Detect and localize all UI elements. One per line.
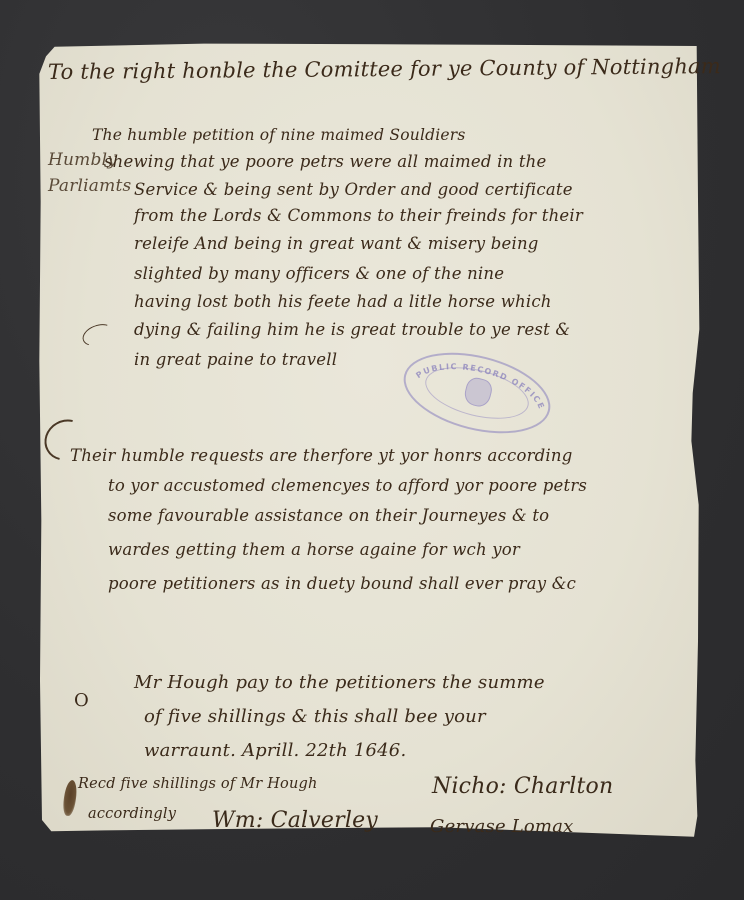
margin-mark: O <box>74 690 89 711</box>
body-line-3: from the Lords & Commons to their freind… <box>134 206 583 225</box>
request-line-1: Their humble requests are therfore yt yo… <box>70 446 573 465</box>
order-line-3: warraunt. Aprill. 22th 1646. <box>144 740 406 761</box>
request-line-5: poore petitioners as in duety bound shal… <box>108 574 576 593</box>
body-line-6: having lost both his feete had a litle h… <box>134 292 552 311</box>
order-line-2: of five shillings & this shall bee your <box>144 706 486 727</box>
order-line-1: Mr Hough pay to the petitioners the summ… <box>134 672 545 693</box>
request-line-3: some favourable assistance on their Jour… <box>108 506 549 525</box>
signature-calverley: Wm: Calverley <box>212 808 378 833</box>
body-line-7: dying & failing him he is great trouble … <box>134 320 570 339</box>
receipt-line-1: Recd five shillings of Mr Hough <box>78 776 318 792</box>
body-line-5: slighted by many officers & one of the n… <box>134 264 504 283</box>
margin-note-parliaments: Parliamts <box>48 176 131 196</box>
signature-lomax: Gervase Lomax <box>430 816 574 837</box>
signature-charlton: Nicho: Charlton <box>432 774 613 799</box>
body-line-2: Service & being sent by Order and good c… <box>134 180 573 199</box>
petition-title: The humble petition of nine maimed Sould… <box>92 126 466 144</box>
body-line-1: shewing that ye poore petrs were all mai… <box>104 152 546 171</box>
receipt-line-2: accordingly <box>88 806 176 822</box>
body-line-4: releife And being in great want & misery… <box>134 234 539 253</box>
request-line-2: to yor accustomed clemencyes to afford y… <box>108 476 587 495</box>
request-line-4: wardes getting them a horse againe for w… <box>108 540 520 559</box>
body-line-8: in great paine to travell <box>134 350 337 369</box>
